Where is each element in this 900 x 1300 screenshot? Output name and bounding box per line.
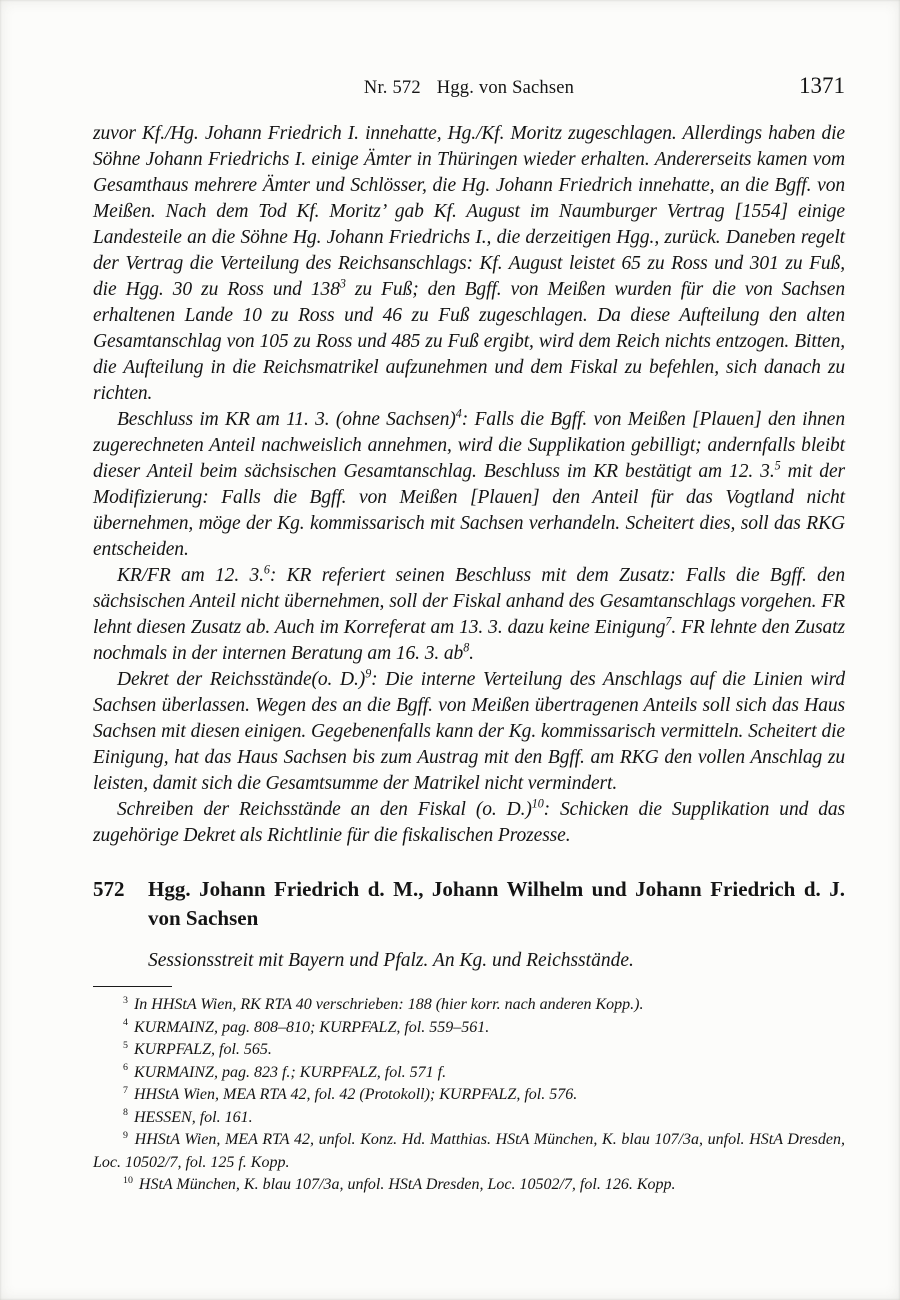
running-header-section-title: Hgg. von Sachsen <box>437 78 574 98</box>
footnote-marker: 8 <box>123 1107 128 1118</box>
footnote: 9 HHStA Wien, MEA RTA 42, unfol. Konz. H… <box>93 1129 845 1174</box>
footnote-marker: 10 <box>123 1175 133 1186</box>
footnote-ref: 7 <box>665 615 671 629</box>
paragraph: KR/FR am 12. 3.6: KR referiert seinen Be… <box>93 563 845 667</box>
entry-title: Hgg. Johann Friedrich d. M., Johann Wilh… <box>148 875 845 933</box>
footnote: 10 HStA München, K. blau 107/3a, unfol. … <box>93 1174 845 1197</box>
running-header-center: Nr. 572Hgg. von Sachsen <box>93 78 845 99</box>
running-header: Nr. 572Hgg. von Sachsen 1371 <box>93 78 845 108</box>
footnote-marker: 5 <box>123 1040 128 1051</box>
entry-subtitle: Sessionsstreit mit Bayern und Pfalz. An … <box>148 948 845 973</box>
footnote-ref: 8 <box>463 641 469 655</box>
paragraph: Beschluss im KR am 11. 3. (ohne Sachsen)… <box>93 407 845 563</box>
page-number: 1371 <box>799 73 845 99</box>
footnote-marker: 4 <box>123 1017 128 1028</box>
footnote: 4 KURMAINZ, pag. 808–810; KURPFALZ, fol.… <box>93 1017 845 1040</box>
entry-heading: 572 Hgg. Johann Friedrich d. M., Johann … <box>93 875 845 933</box>
paragraph: Dekret der Reichsstände(o. D.)9: Die int… <box>93 667 845 797</box>
footnote-ref: 5 <box>775 459 781 473</box>
footnotes-list: 3 In HHStA Wien, RK RTA 40 verschrieben:… <box>93 994 845 1197</box>
footnote-ref: 9 <box>365 667 371 681</box>
footnote-marker: 9 <box>123 1130 128 1141</box>
footnote-ref: 10 <box>532 797 544 811</box>
footnote: 8 HESSEN, fol. 161. <box>93 1107 845 1130</box>
footnote-ref: 6 <box>264 563 270 577</box>
footnote: 6 KURMAINZ, pag. 823 f.; KURPFALZ, fol. … <box>93 1062 845 1085</box>
footnote-marker: 7 <box>123 1085 128 1096</box>
footnote-ref: 3 <box>340 277 346 291</box>
running-header-entry-label: Nr. 572 <box>364 78 421 98</box>
paragraph: Schreiben der Reichsstände an den Fiskal… <box>93 797 845 849</box>
footnote-marker: 3 <box>123 995 128 1006</box>
body-paragraphs: zuvor Kf./Hg. Johann Friedrich I. inneha… <box>93 121 845 849</box>
footnote-marker: 6 <box>123 1062 128 1073</box>
footnote: 7 HHStA Wien, MEA RTA 42, fol. 42 (Proto… <box>93 1084 845 1107</box>
footnote-ref: 4 <box>456 407 462 421</box>
paragraph: zuvor Kf./Hg. Johann Friedrich I. inneha… <box>93 121 845 407</box>
page-content: zuvor Kf./Hg. Johann Friedrich I. inneha… <box>93 121 845 1197</box>
footnote-separator-rule <box>93 986 172 987</box>
book-page: Nr. 572Hgg. von Sachsen 1371 zuvor Kf./H… <box>0 0 900 1300</box>
entry-number: 572 <box>93 875 148 904</box>
footnote: 5 KURPFALZ, fol. 565. <box>93 1039 845 1062</box>
footnote: 3 In HHStA Wien, RK RTA 40 verschrieben:… <box>93 994 845 1017</box>
